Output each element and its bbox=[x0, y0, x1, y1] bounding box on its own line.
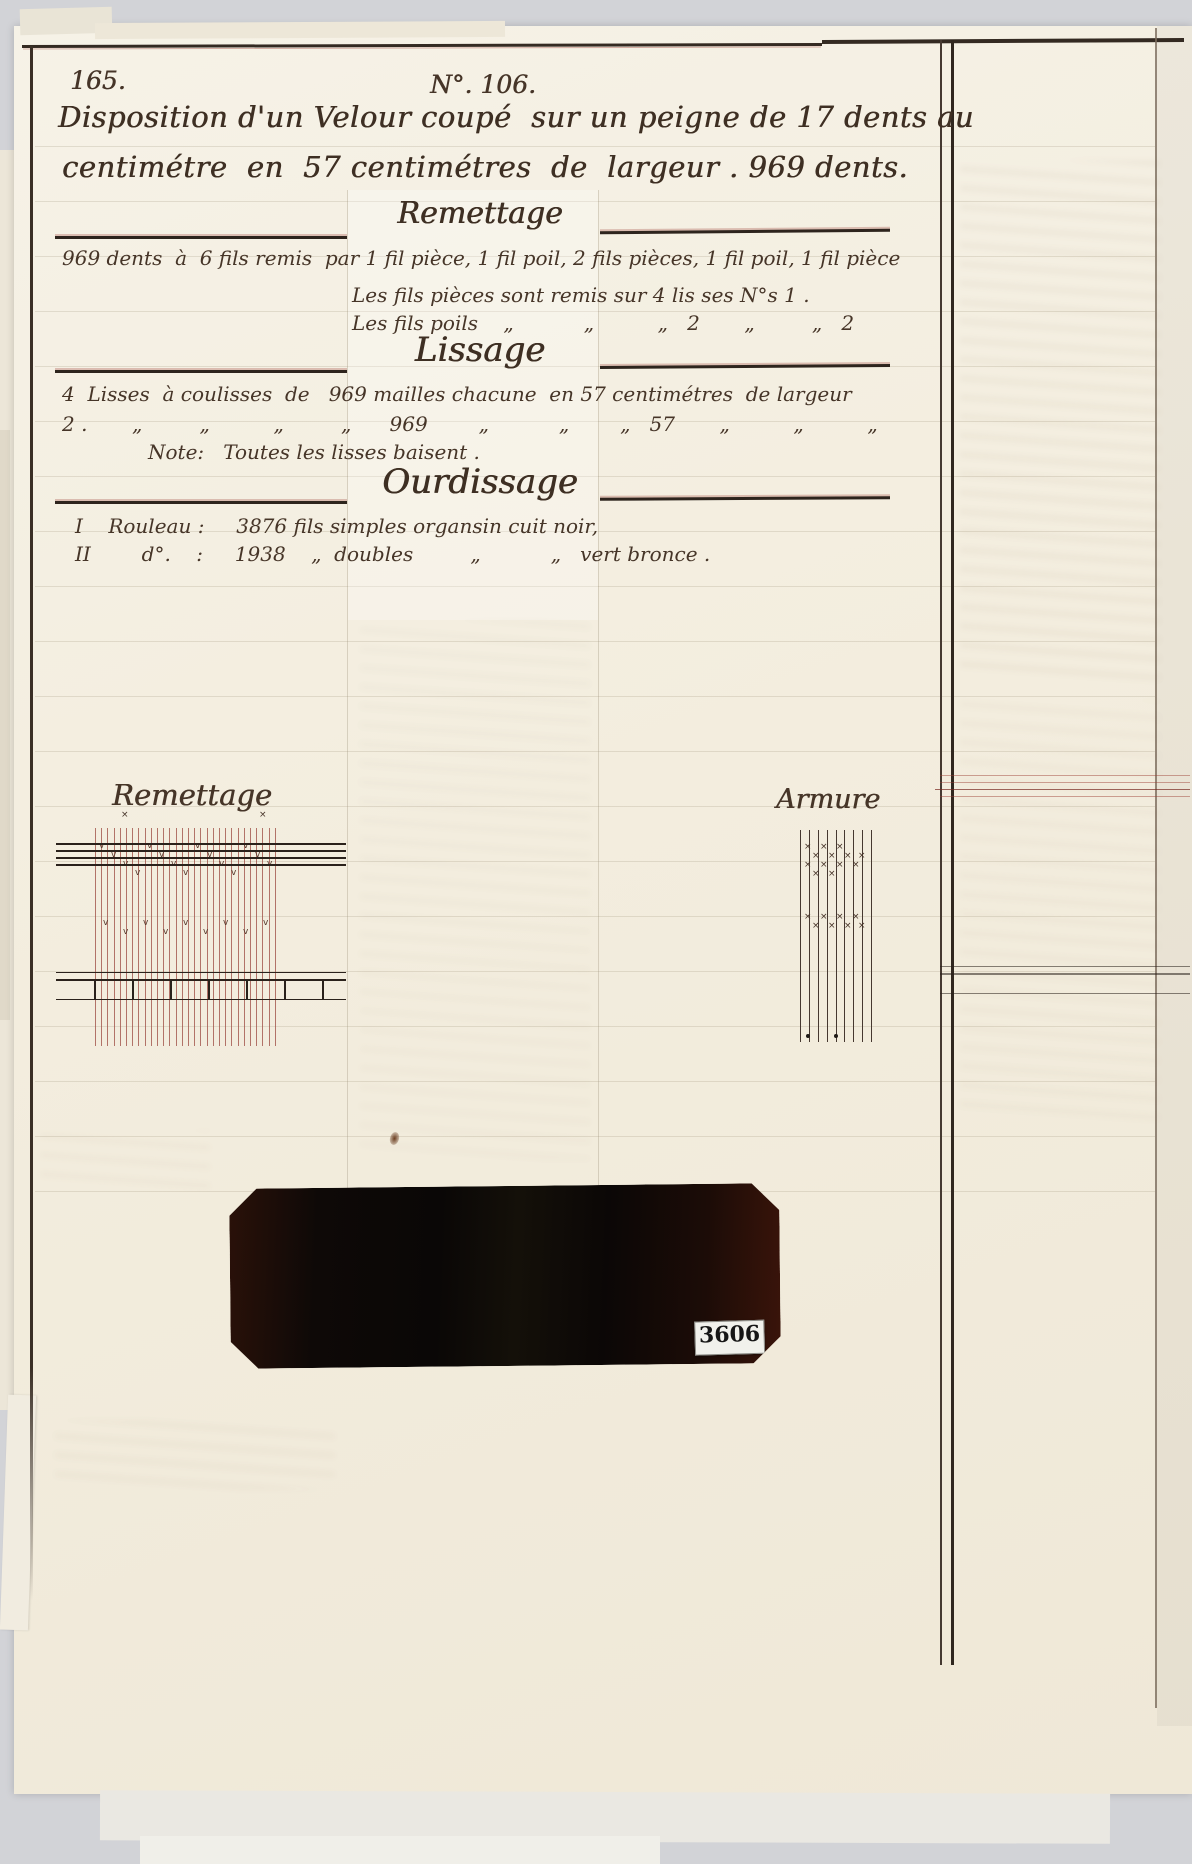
section-heading-ourdissage: Ourdissage bbox=[330, 462, 630, 502]
red-grid-line bbox=[120, 828, 121, 1046]
red-grid-line bbox=[213, 828, 214, 1046]
diagram-line bbox=[56, 857, 346, 859]
v-mark: v bbox=[163, 927, 168, 937]
red-grid-line bbox=[225, 828, 226, 1046]
right-frame-rule-outer bbox=[951, 40, 954, 1665]
band-tick bbox=[132, 981, 134, 999]
v-mark: v bbox=[263, 918, 268, 928]
x-mark: × bbox=[858, 921, 866, 931]
armure-diagram-label: Armure bbox=[776, 784, 880, 815]
band-tick bbox=[208, 981, 210, 999]
red-grid-line bbox=[244, 828, 245, 1046]
armure-grid-line bbox=[818, 830, 819, 1042]
section-rule bbox=[55, 501, 347, 504]
remettage-reed-band bbox=[56, 972, 346, 1000]
red-grid-line bbox=[231, 828, 232, 1046]
v-mark: v bbox=[243, 927, 248, 937]
red-grid-line bbox=[188, 828, 189, 1046]
lissage-line-2: 2 . „ „ „ „ 969 „ „ „ 57 „ „ „ bbox=[62, 412, 878, 436]
lissage-note: Note: Toutes les lisses baisent . bbox=[148, 440, 480, 464]
band-tick bbox=[246, 981, 248, 999]
x-mark: × bbox=[852, 860, 860, 870]
remettage-threading-diagram: vvvvvvvvvvvvvvvvvvvvvvvv×× bbox=[95, 828, 281, 1046]
remettage-line-1: 969 dents à 6 fils remis par 1 fil pièce… bbox=[62, 246, 900, 270]
v-mark: v bbox=[111, 850, 116, 860]
ourdissage-line-2: II d°. : 1938 „ doubles „ „ vert bronce … bbox=[75, 542, 710, 566]
title-line-1: Disposition d'un Velour coupé sur un pei… bbox=[58, 100, 974, 134]
right-page-edge bbox=[1157, 26, 1192, 1726]
v-mark: v bbox=[159, 850, 164, 860]
red-grid-line bbox=[101, 828, 102, 1046]
armure-grid-line bbox=[871, 830, 872, 1042]
band-tick bbox=[322, 981, 324, 999]
remettage-line-2: Les fils pièces sont remis sur 4 lis ses… bbox=[352, 283, 810, 307]
x-mark: × bbox=[828, 851, 836, 861]
x-mark: × bbox=[804, 842, 812, 852]
section-heading-lissage: Lissage bbox=[330, 330, 630, 370]
red-grid-line bbox=[95, 828, 96, 1046]
red-grid-line bbox=[275, 828, 276, 1046]
scanned-manuscript-page: 165. N°. 106. Disposition d'un Velour co… bbox=[0, 0, 1192, 1864]
x-mark: × bbox=[804, 860, 812, 870]
top-paper-sliver bbox=[95, 21, 505, 39]
x-mark: × bbox=[121, 810, 129, 820]
x-mark: × bbox=[259, 810, 267, 820]
red-grid-line bbox=[194, 828, 195, 1046]
bleedthrough-ghost bbox=[960, 160, 1160, 680]
ourdissage-line-1: I Rouleau : 3876 fils simples organsin c… bbox=[75, 514, 598, 538]
x-mark: × bbox=[820, 842, 828, 852]
x-mark: × bbox=[828, 869, 836, 879]
red-grid-line bbox=[114, 828, 115, 1046]
lissage-line-1: 4 Lisses à coulisses de 969 mailles chac… bbox=[62, 382, 852, 406]
band-tick bbox=[170, 981, 172, 999]
v-mark: v bbox=[203, 927, 208, 937]
red-grid-line bbox=[151, 828, 152, 1046]
armure-grid-line bbox=[844, 830, 845, 1042]
v-mark: v bbox=[231, 868, 236, 878]
remettage-diagram-label: Remettage bbox=[112, 778, 272, 812]
diagram-line bbox=[56, 850, 346, 852]
armure-weave-diagram: ××××××××××××××××××××× bbox=[800, 830, 880, 1042]
v-mark: v bbox=[103, 918, 108, 928]
x-mark: × bbox=[844, 851, 852, 861]
red-grid-line bbox=[132, 828, 133, 1046]
x-mark: × bbox=[812, 869, 820, 879]
folio-number: 165. bbox=[70, 66, 126, 95]
armure-dot bbox=[806, 1034, 810, 1038]
x-mark: × bbox=[820, 912, 828, 922]
red-grid-line bbox=[238, 828, 239, 1046]
red-grid-line bbox=[163, 828, 164, 1046]
section-heading-remettage: Remettage bbox=[330, 196, 630, 231]
v-mark: v bbox=[223, 918, 228, 928]
red-grid-line bbox=[107, 828, 108, 1046]
x-mark: × bbox=[812, 851, 820, 861]
red-grid-line bbox=[182, 828, 183, 1046]
x-mark: × bbox=[820, 860, 828, 870]
diagram-line bbox=[56, 843, 346, 845]
section-rule bbox=[55, 236, 347, 239]
red-grid-line bbox=[250, 828, 251, 1046]
red-grid-line bbox=[157, 828, 158, 1046]
band-tick bbox=[284, 981, 286, 999]
bleedthrough-ghost bbox=[40, 1130, 210, 1190]
v-mark: v bbox=[135, 868, 140, 878]
x-mark: × bbox=[836, 860, 844, 870]
x-mark: × bbox=[828, 921, 836, 931]
v-mark: v bbox=[123, 927, 128, 937]
title-line-2: centimétre en 57 centimétres de largeur … bbox=[62, 150, 908, 184]
armure-grid-line bbox=[862, 830, 863, 1042]
band-mid-line bbox=[56, 979, 346, 981]
right-frame-rule-inner bbox=[940, 40, 942, 1665]
diagram-line bbox=[56, 864, 346, 866]
red-grid-line bbox=[262, 828, 263, 1046]
pattern-number: N°. 106. bbox=[430, 70, 536, 99]
v-mark: v bbox=[207, 850, 212, 860]
v-mark: v bbox=[255, 850, 260, 860]
red-grid-line bbox=[200, 828, 201, 1046]
bleedthrough-ghost bbox=[55, 1420, 335, 1490]
v-mark: v bbox=[183, 868, 188, 878]
x-mark: × bbox=[836, 842, 844, 852]
sample-number-label: 3606 bbox=[694, 1320, 765, 1356]
bleedthrough-ghost bbox=[360, 620, 590, 1160]
section-rule bbox=[55, 370, 347, 373]
left-page-edge-inner bbox=[0, 430, 10, 1020]
left-frame-rule bbox=[30, 46, 33, 1601]
armure-dot bbox=[834, 1034, 838, 1038]
armure-grid-line bbox=[800, 830, 801, 1042]
red-grid-line bbox=[207, 828, 208, 1046]
x-mark: × bbox=[812, 921, 820, 931]
red-grid-line bbox=[138, 828, 139, 1046]
bleedthrough-ghost bbox=[960, 700, 1160, 1120]
velvet-fabric-sample: 3606 bbox=[229, 1183, 781, 1369]
v-mark: v bbox=[143, 918, 148, 928]
v-mark: v bbox=[183, 918, 188, 928]
band-tick bbox=[94, 981, 96, 999]
x-mark: × bbox=[844, 921, 852, 931]
x-mark: × bbox=[804, 912, 812, 922]
red-grid-line bbox=[256, 828, 257, 1046]
x-mark: × bbox=[836, 912, 844, 922]
red-grid-line bbox=[145, 828, 146, 1046]
under-sheet-2 bbox=[140, 1836, 660, 1864]
